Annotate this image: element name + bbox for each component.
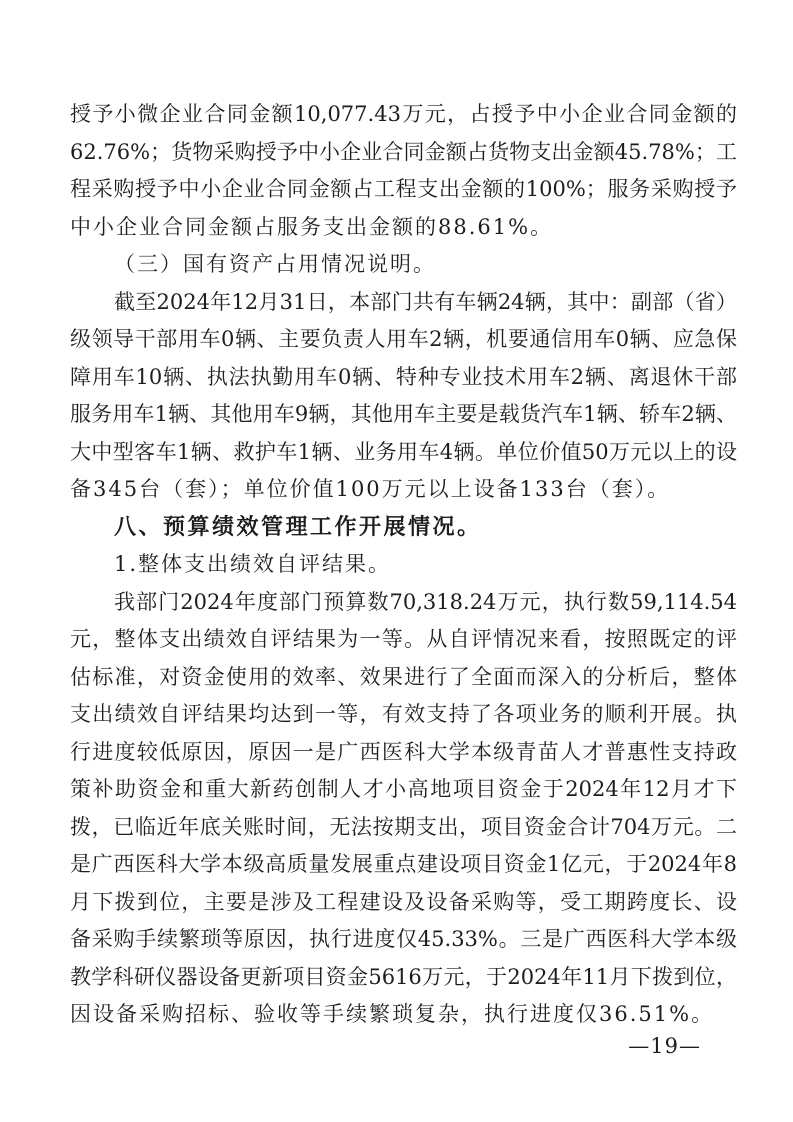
text-line: 行进度较低原因，原因一是广西医科大学本级青苗人才普惠性支持政 <box>70 734 737 772</box>
subheading-state-assets: （三）国有资产占用情况说明。 <box>70 246 737 284</box>
text-line: 拨，已临近年底关账时间，无法按期支出，项目资金合计704万元。二 <box>70 809 737 847</box>
text-line: 策补助资金和重大新药创制人才小高地项目资金于2024年12月才下 <box>70 771 737 809</box>
text-line: 支出绩效自评结果均达到一等，有效支持了各项业务的顺利开展。执 <box>70 696 737 734</box>
text-line: 程采购授予中小企业合同金额占工程支出金额的100%；服务采购授予 <box>70 171 737 209</box>
text-line: 我部门2024年度部门预算数70,318.24万元，执行数59,114.54万 <box>70 584 737 622</box>
text-line: 备345台（套）；单位价值100万元以上设备133台（套）。 <box>70 471 737 509</box>
document-body: 授予小微企业合同金额10,077.43万元，占授予中小企业合同金额的 62.76… <box>70 96 737 1034</box>
text-line: 截至2024年12月31日，本部门共有车辆24辆，其中：副部（省） <box>70 284 737 322</box>
text-line: 是广西医科大学本级高质量发展重点建设项目资金1亿元，于2024年8 <box>70 846 737 884</box>
subheading-self-evaluation: 1.整体支出绩效自评结果。 <box>70 546 737 584</box>
page-number: —19— <box>628 1028 701 1066</box>
text-line: 大中型客车1辆、救护车1辆、业务用车4辆。单位价值50万元以上的设 <box>70 434 737 472</box>
text-line: 教学科研仪器设备更新项目资金5616万元，于2024年11月下拨到位， <box>70 959 737 997</box>
document-page: 授予小微企业合同金额10,077.43万元，占授予中小企业合同金额的 62.76… <box>0 0 793 1122</box>
text-line: 备采购手续繁琐等原因，执行进度仅45.33%。三是广西医科大学本级 <box>70 921 737 959</box>
text-line: 级领导干部用车0辆、主要负责人用车2辆，机要通信用车0辆、应急保 <box>70 321 737 359</box>
text-line: 服务用车1辆、其他用车9辆，其他用车主要是载货汽车1辆、轿车2辆、 <box>70 396 737 434</box>
section-heading-performance: 八、预算绩效管理工作开展情况。 <box>70 509 737 547</box>
text-line: 月下拨到位，主要是涉及工程建设及设备采购等，受工期跨度长、设 <box>70 884 737 922</box>
text-line: 62.76%；货物采购授予中小企业合同金额占货物支出金额45.78%；工 <box>70 134 737 172</box>
text-line: 中小企业合同金额占服务支出金额的88.61%。 <box>70 209 737 247</box>
text-line: 元，整体支出绩效自评结果为一等。从自评情况来看，按照既定的评 <box>70 621 737 659</box>
text-line: 授予小微企业合同金额10,077.43万元，占授予中小企业合同金额的 <box>70 96 737 134</box>
text-line: 障用车10辆、执法执勤用车0辆、特种专业技术用车2辆、离退休干部 <box>70 359 737 397</box>
text-line: 估标准，对资金使用的效率、效果进行了全面而深入的分析后，整体 <box>70 659 737 697</box>
